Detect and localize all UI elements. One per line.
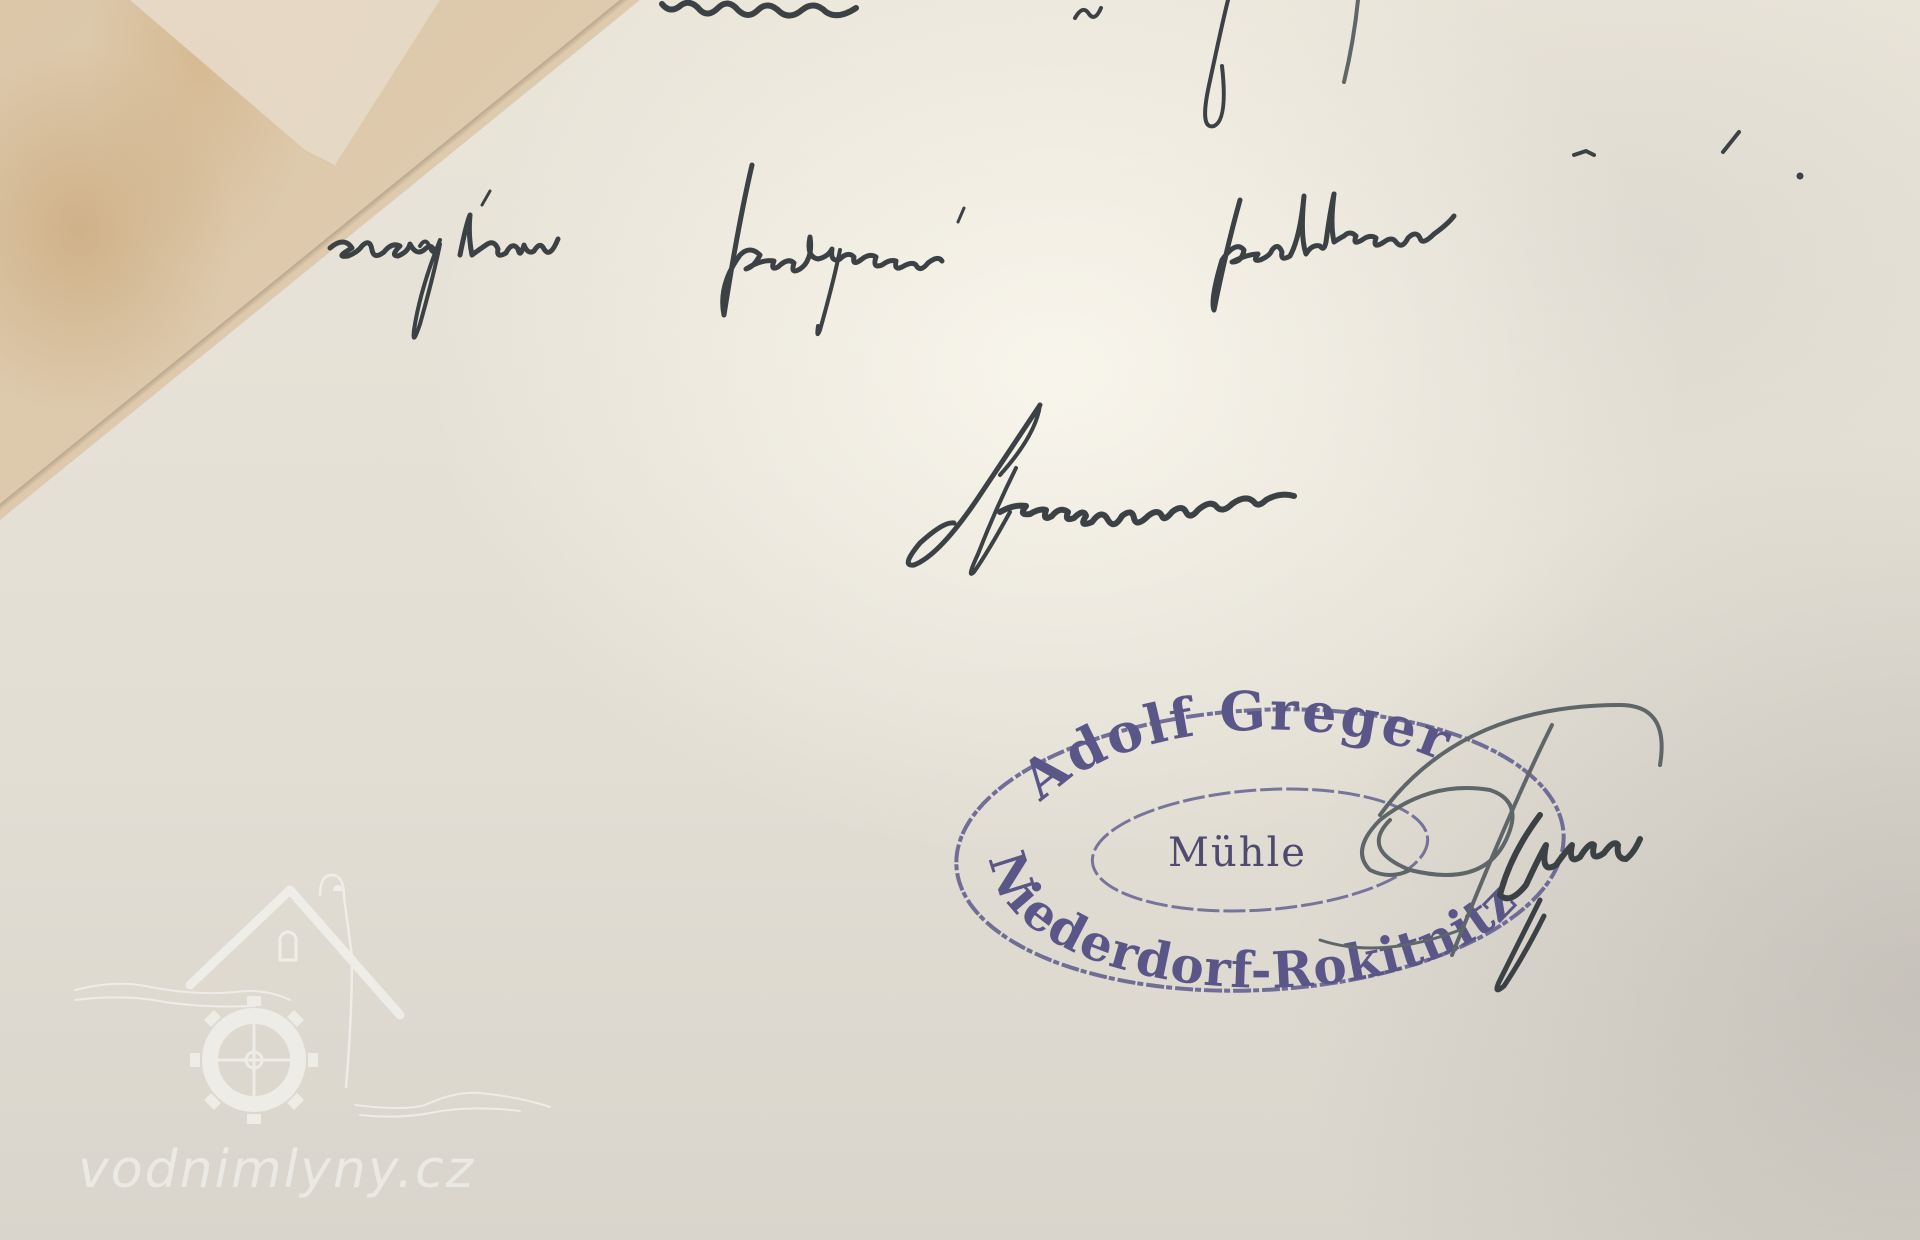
watermark-text: vodnimlyny.cz — [78, 1140, 475, 1200]
watermill-house-icon — [0, 0, 1920, 1240]
